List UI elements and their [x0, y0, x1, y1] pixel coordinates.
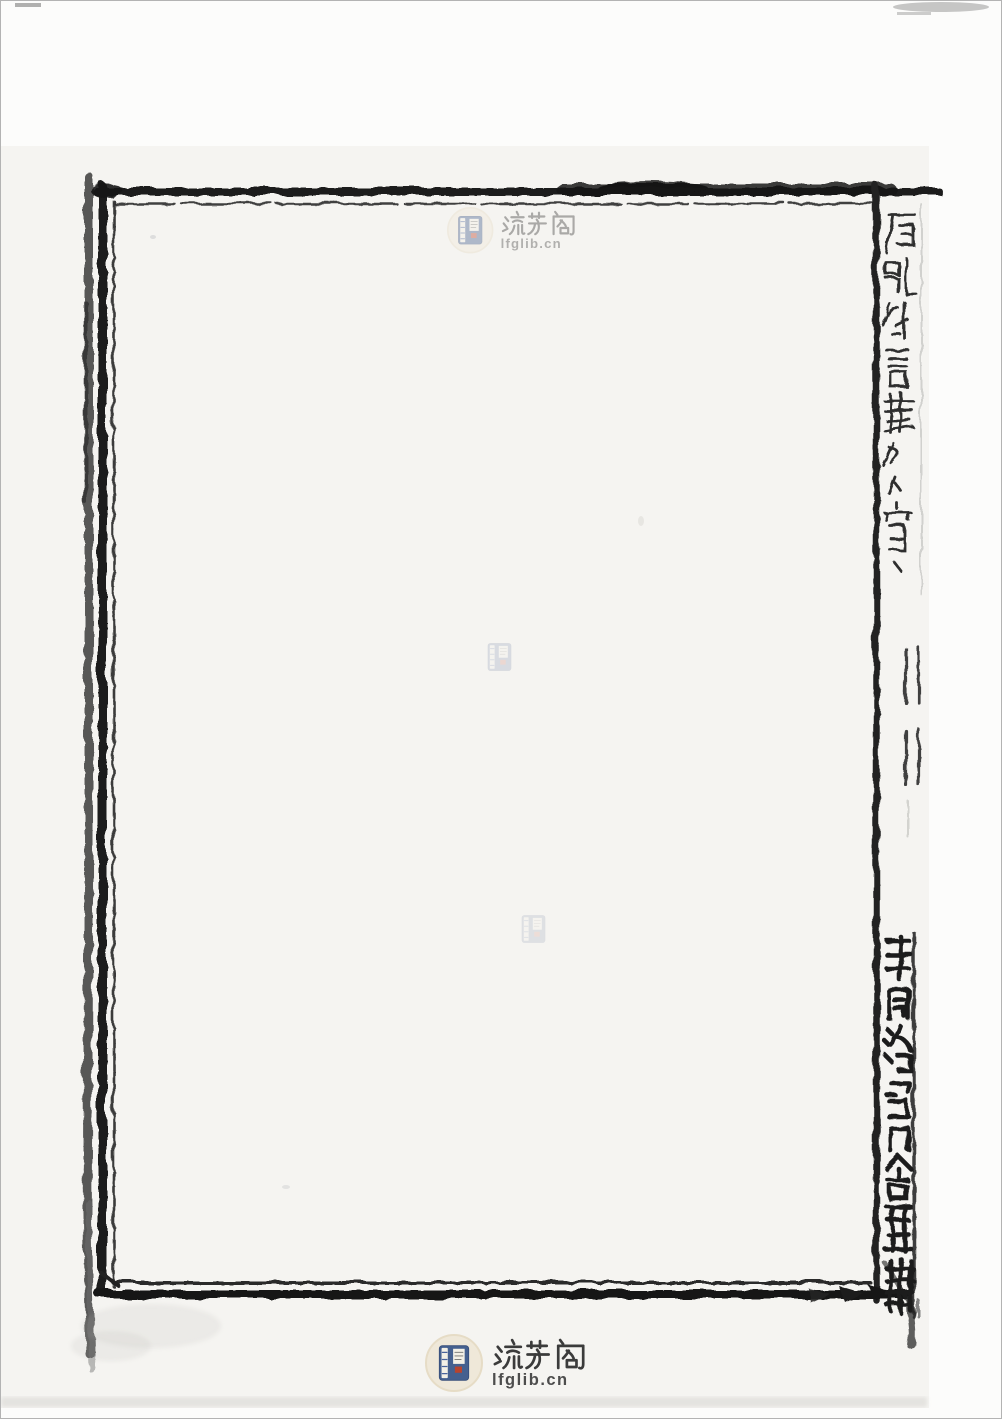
watermark-site-url: lfglib.cn — [492, 1372, 588, 1389]
page-left-edge-streak — [84, 175, 91, 1369]
watermark-bottom: lfglib.cn — [425, 1334, 588, 1392]
book-icon — [457, 215, 483, 245]
paper-background — [1, 146, 929, 1408]
watermark-site-url: lfglib.cn — [501, 237, 578, 250]
scan-edge-marks — [15, 2, 989, 15]
book-icon — [438, 1344, 470, 1382]
book-icon-ghost — [487, 642, 512, 672]
book-icon-ghost — [521, 914, 546, 944]
watermark-site-name — [501, 210, 578, 236]
watermark-site-name — [492, 1338, 588, 1371]
watermark-badge — [425, 1334, 483, 1392]
scanned-page: lfglib.cn lfglib.cn — [0, 0, 1002, 1419]
watermark-badge — [447, 207, 493, 253]
watermark-top: lfglib.cn — [447, 207, 577, 253]
